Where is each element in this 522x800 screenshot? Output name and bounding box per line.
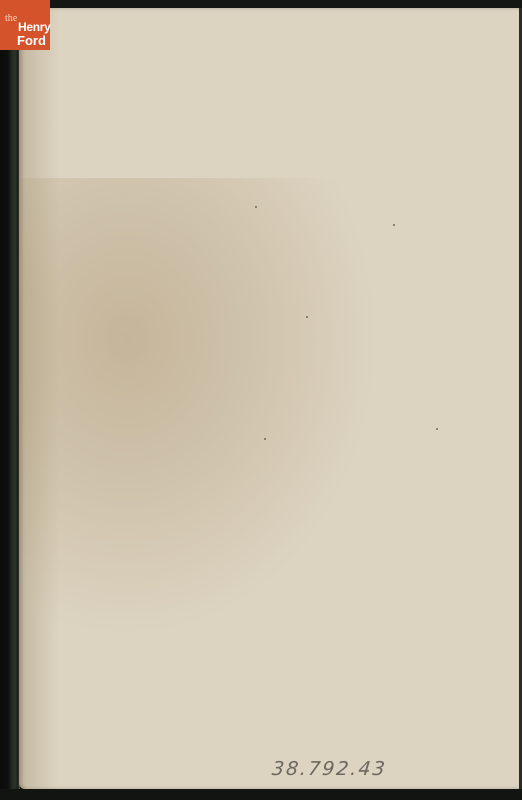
paper-speck — [306, 316, 308, 318]
henry-ford-logo: the Henry Ford — [0, 0, 50, 50]
paper-speck — [264, 438, 266, 440]
cover-bottom-edge — [0, 789, 522, 800]
blank-endpaper-page — [19, 8, 519, 789]
logo-ford: Ford — [17, 34, 46, 47]
book-scan: 38.792.43 — [0, 0, 522, 800]
paper-speck — [255, 206, 257, 208]
book-spine — [0, 0, 20, 800]
paper-speck — [436, 428, 438, 430]
logo-the: the — [5, 14, 17, 24]
handwritten-catalog-number: 38.792.43 — [271, 758, 388, 780]
paper-speck — [393, 224, 395, 226]
logo-henry: Henry — [18, 21, 51, 33]
